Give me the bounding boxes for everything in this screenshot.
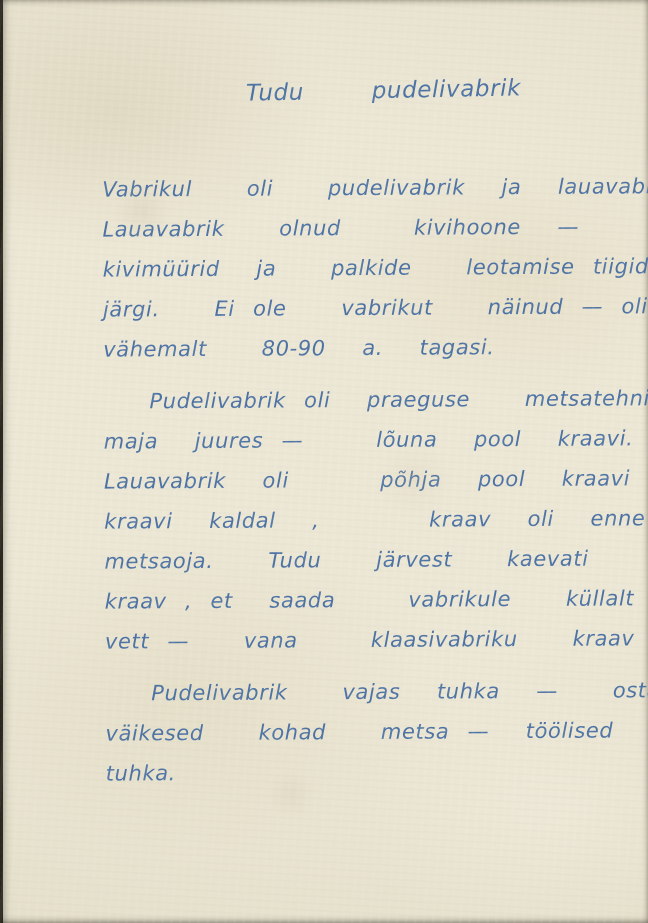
handwritten-line: Vabrikul oli pudelivabrik ja lauavabrik. <box>102 166 622 209</box>
scan-edge-shadow <box>0 0 3 923</box>
handwritten-line: Lauavabrik olnud kivihoone — <box>102 206 622 249</box>
handwritten-line: järgi. Ei ole vabrikut näinud — oli <box>103 286 623 329</box>
handwritten-line: kivimüürid ja palkide leotamise tiigid <box>103 246 623 289</box>
handwritten-line: tuhka. <box>106 750 626 793</box>
paragraph-3: Pudelivabrik vajas tuhka — ostati väikes… <box>105 670 626 793</box>
document-title: Tudu pudelivabrik <box>246 75 522 106</box>
handwritten-line: Lauavabrik oli põhja pool kraavi — <box>104 458 624 501</box>
handwritten-line: Pudelivabrik oli praeguse metsatehniku <box>103 378 623 421</box>
handwritten-line: väikesed kohad metsa — töölised põletasi… <box>105 710 625 753</box>
paragraph-2: Pudelivabrik oli praeguse metsatehniku m… <box>103 378 625 661</box>
handwritten-line: kraavi kaldal , kraav oli enne <box>104 498 624 541</box>
manuscript-page: Tudu pudelivabrik Vabrikul oli pudelivab… <box>0 0 648 923</box>
document-body: Vabrikul oli pudelivabrik ja lauavabrik.… <box>102 166 626 805</box>
handwritten-line: metsaoja. Tudu järvest kaevati <box>104 538 624 581</box>
handwritten-line: vähemalt 80-90 a. tagasi. <box>103 326 623 369</box>
handwritten-line: kraav , et saada vabrikule küllalt <box>105 578 625 621</box>
paragraph-1: Vabrikul oli pudelivabrik ja lauavabrik.… <box>102 166 623 369</box>
handwritten-line: Pudelivabrik vajas tuhka — ostati <box>105 670 625 713</box>
handwritten-line: maja juures — lõuna pool kraavi. <box>104 418 624 461</box>
handwritten-line: vett — vana klaasivabriku kraav <box>105 618 625 661</box>
